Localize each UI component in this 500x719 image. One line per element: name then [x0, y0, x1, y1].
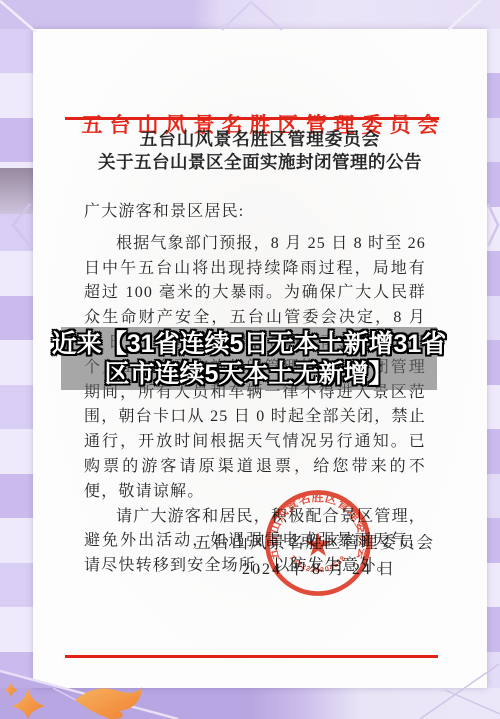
- caption-line-2: 区市连续5天本土无新增】: [105, 359, 394, 389]
- notice-title-line2: 关于五台山景区全面实施封闭管理的公告: [33, 149, 487, 174]
- signature: 五台山风景名胜区管理委员会: [33, 529, 487, 553]
- red-divider-top: [65, 117, 439, 120]
- date: 2024 年 8 月 24 日: [33, 556, 487, 579]
- official-seal: 五台山风景名胜区管理委员会 ★ 1422234304688: [263, 488, 373, 598]
- seal-star-icon: ★: [303, 526, 333, 563]
- left-envelope-rail: [0, 29, 33, 688]
- notice-title-line1: 五台山风景名胜区管理委员会: [33, 126, 487, 151]
- caption-overlay: 近来【31省连续5日无本土新增31省 区市连续5天本土无新增】: [61, 327, 437, 390]
- left-rail-photo-edge: [0, 168, 33, 214]
- red-divider-bottom: [65, 655, 438, 658]
- bottom-envelope-band: [0, 688, 500, 719]
- news-image-poster: 五台山风景名胜区管理委员会 五台山风景名胜区管理委员会 关于五台山景区全面实施封…: [0, 0, 500, 719]
- right-envelope-rail: [487, 29, 500, 688]
- salutation: 广大游客和景区居民:: [84, 200, 426, 225]
- caption-line-1: 近来【31省连续5日无本土新增31省: [52, 329, 447, 359]
